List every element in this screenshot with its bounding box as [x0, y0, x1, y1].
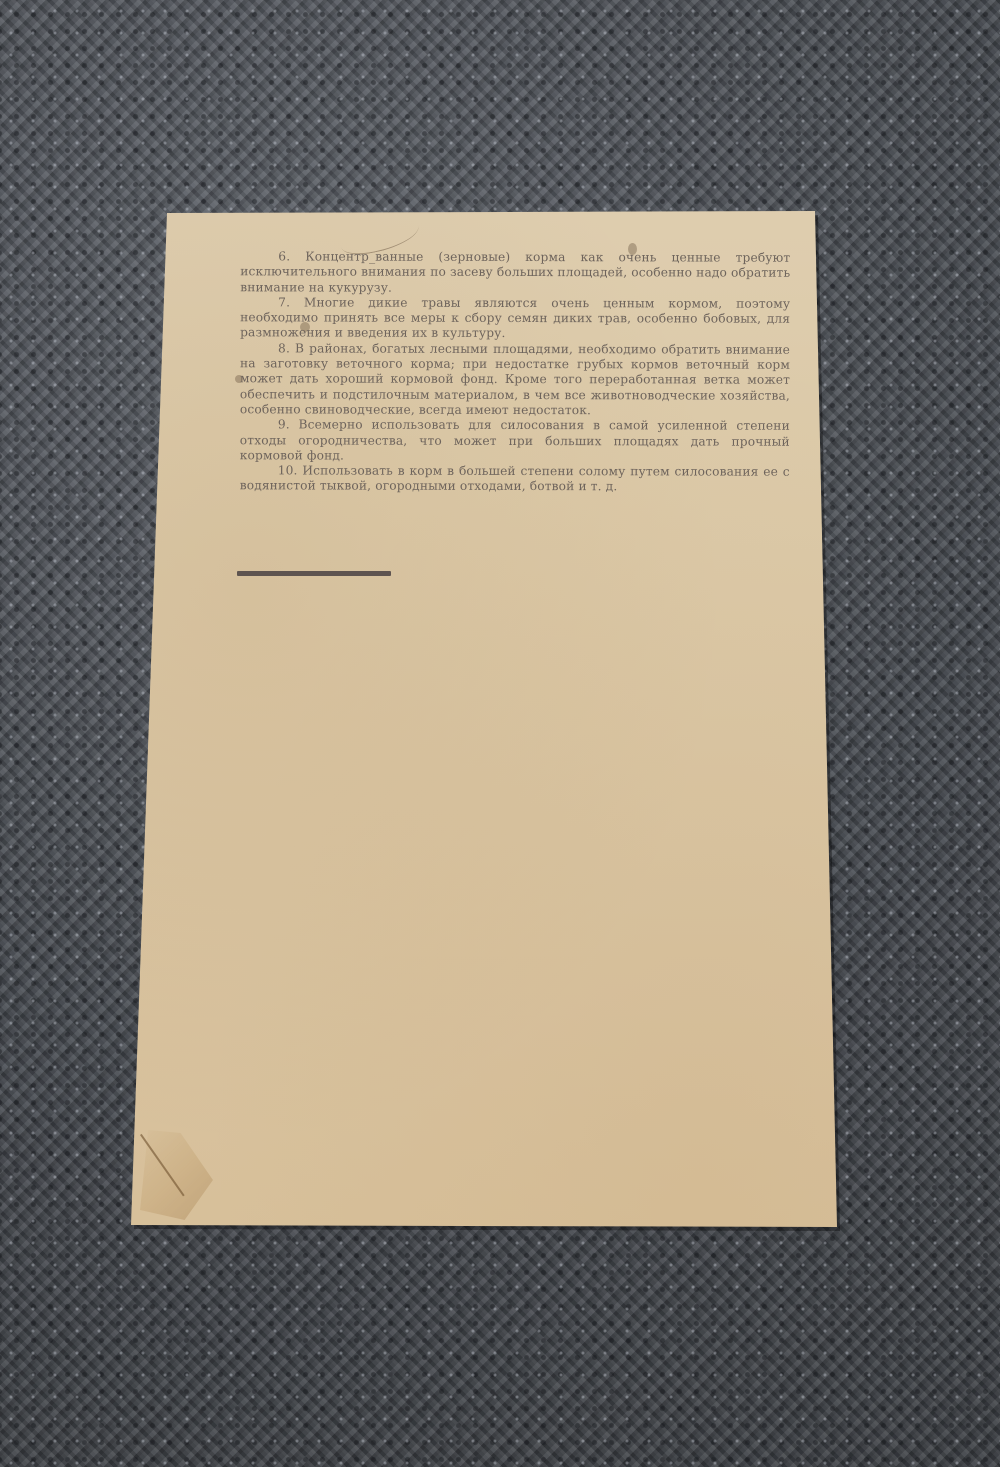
document-text: 6. Концентр_ванные (зерновые) корма как …	[240, 249, 791, 495]
section-divider-rule	[237, 571, 391, 576]
paragraph-8: 8. В районах, богатых лесными площадями,…	[240, 341, 790, 419]
paragraph-10: 10. Использовать в корм в большей степен…	[240, 463, 790, 495]
paragraph-9: 9. Всемерно использовать для силосования…	[240, 418, 790, 465]
paragraph-6: 6. Концентр_ванные (зерновые) корма как …	[240, 249, 790, 296]
paragraph-7: 7. Многие дикие травы являются очень цен…	[240, 295, 790, 342]
paper-page	[0, 0, 1000, 1467]
